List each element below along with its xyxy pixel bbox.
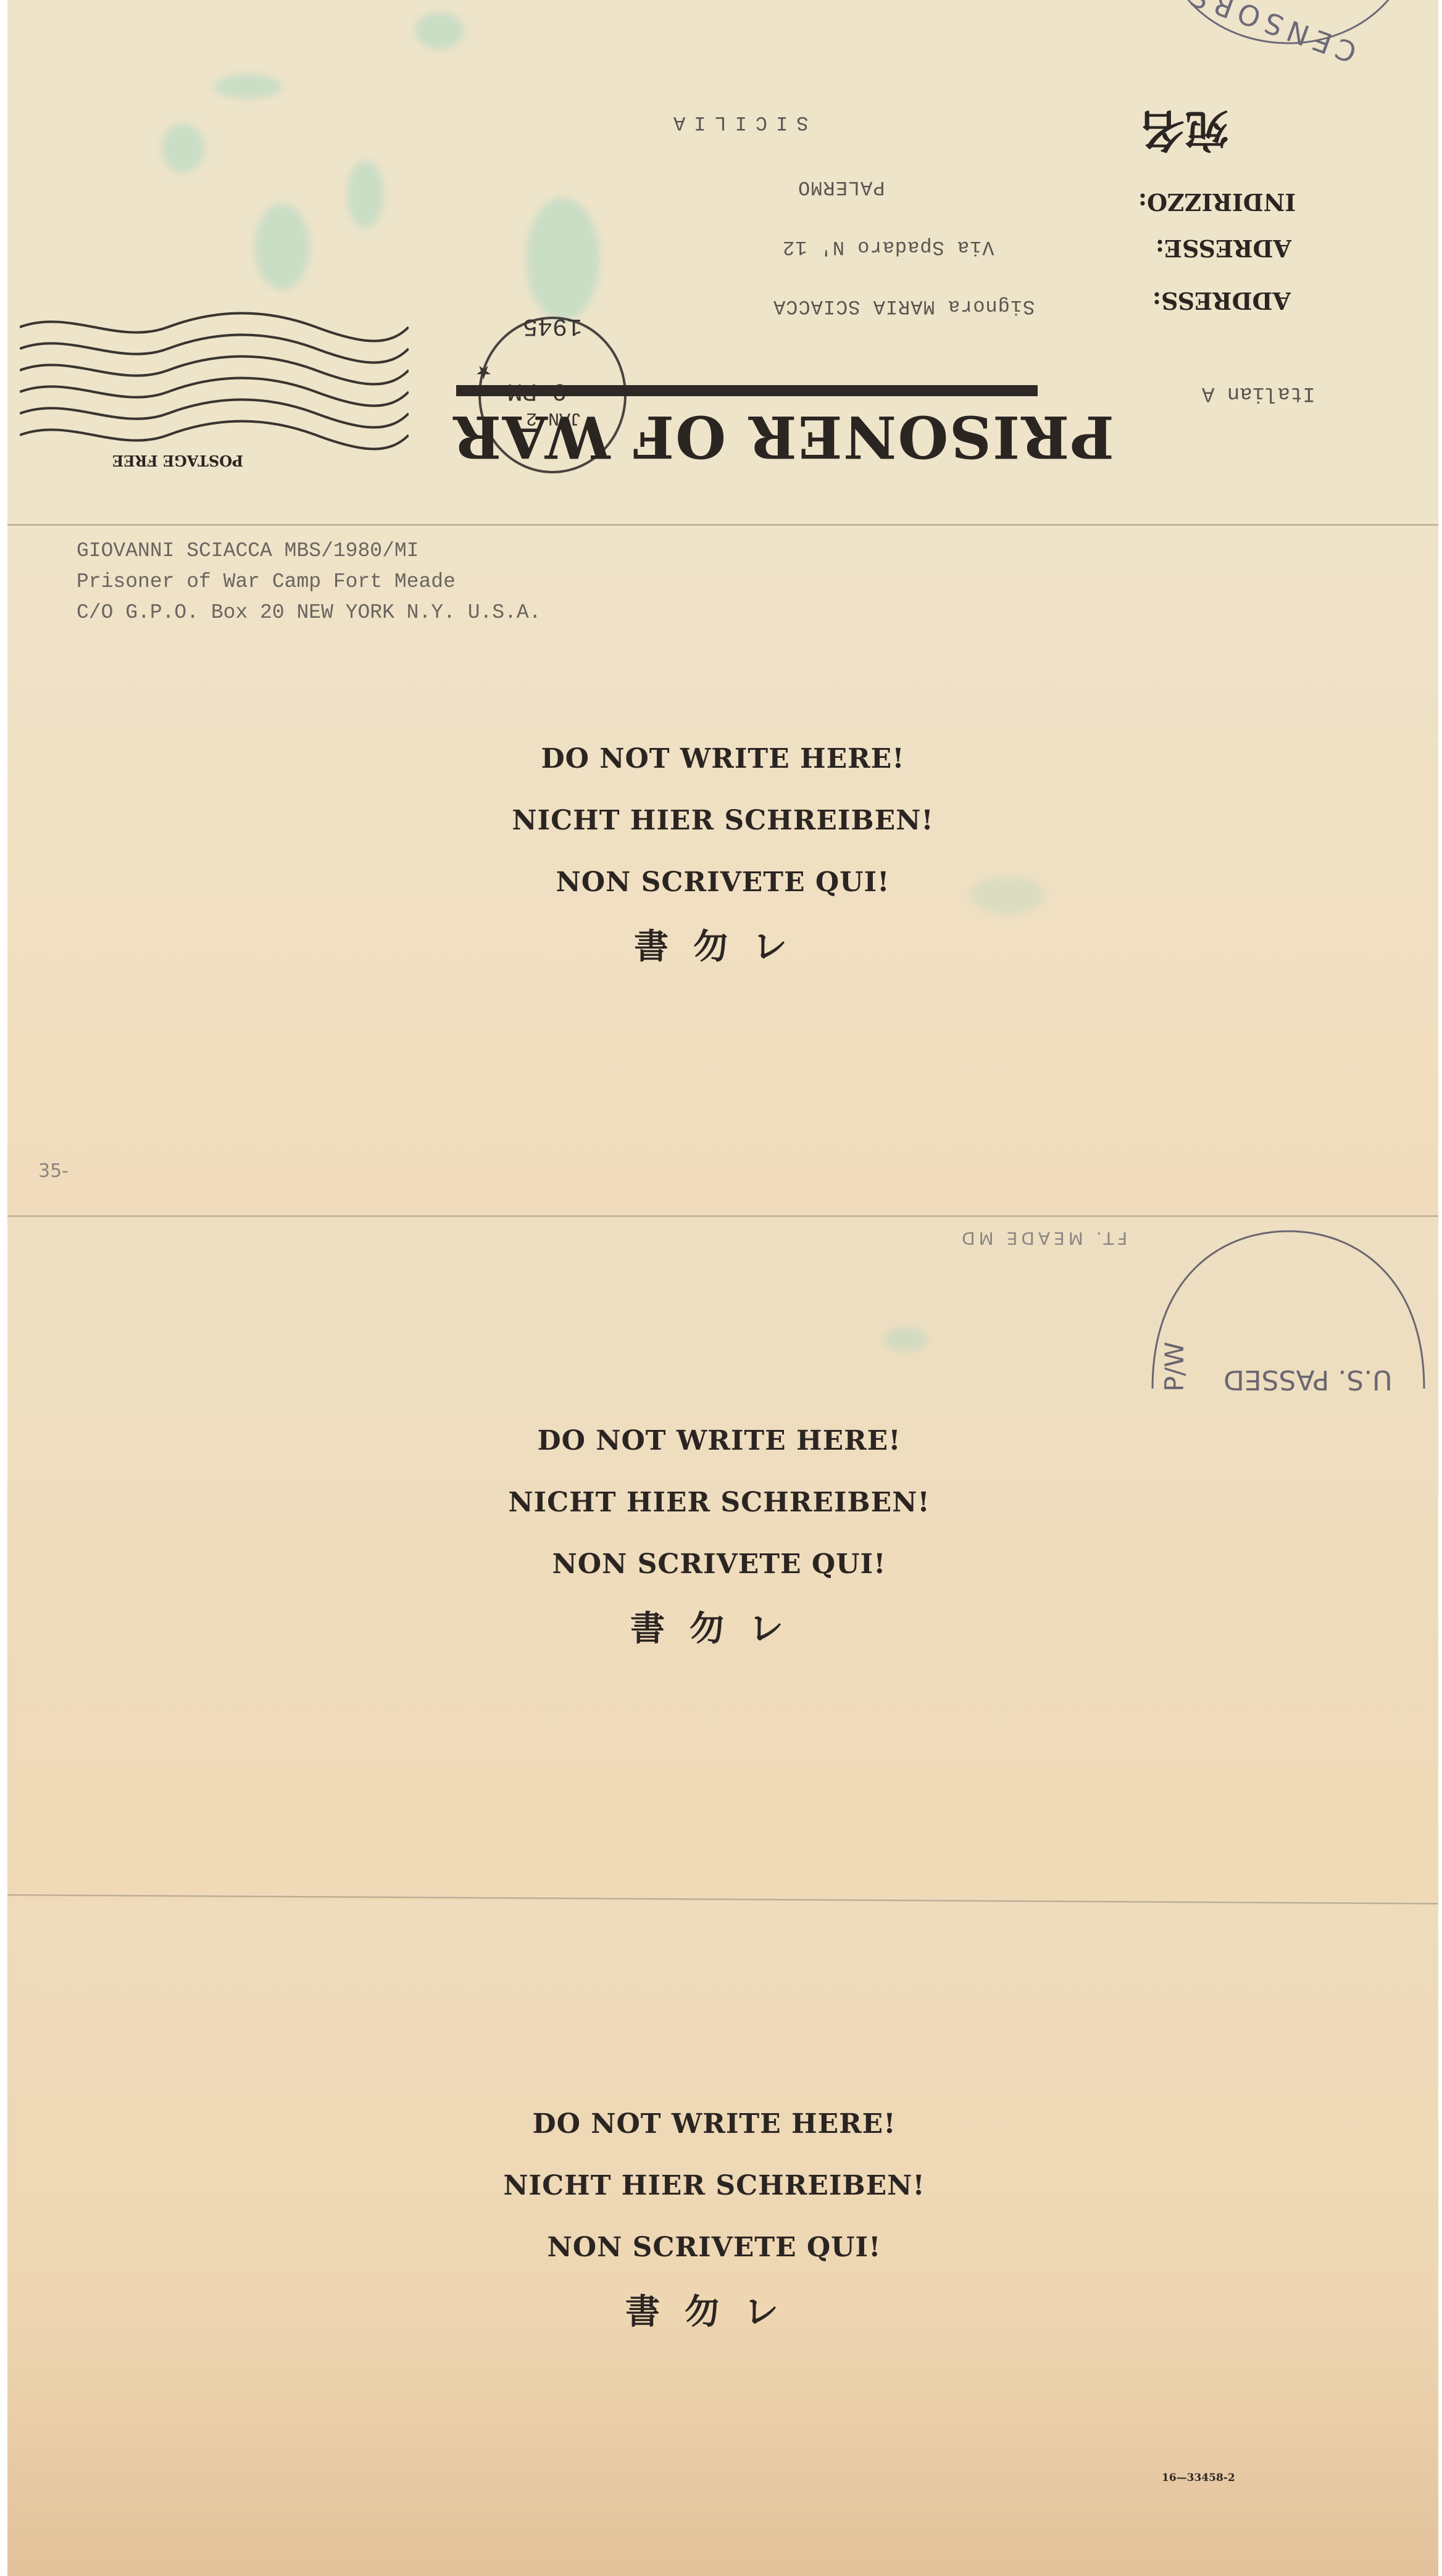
pencil-note: 35-	[38, 1160, 69, 1182]
do-not-write-block: DO NOT WRITE HERE! NICHT HIER SCHREIBEN!…	[0, 2093, 1430, 2346]
address-label-japanese: 宛名	[1140, 102, 1229, 166]
recipient-city: PALERMO	[798, 176, 885, 199]
sender-camp: Prisoner of War Camp Fort Meade	[77, 567, 541, 597]
heading-rule	[456, 385, 1038, 396]
ink-stain	[415, 12, 464, 49]
pow-letter-sheet: POSTAGE FREE 9-PM JAN 2 1945 ★ PRISONER …	[7, 0, 1438, 2576]
ink-stain	[254, 204, 310, 290]
ink-stain	[214, 74, 282, 99]
passed-stamp-code: P/W	[1159, 1342, 1190, 1392]
warning-japanese: 書勿レ	[0, 2279, 1430, 2346]
wavy-cancellation-icon	[20, 302, 409, 463]
ink-stain	[884, 1327, 927, 1352]
sender-po-box: C/O G.P.O. Box 20 NEW YORK N.Y. U.S.A.	[77, 597, 541, 628]
warning-italian: NON SCRIVETE QUI!	[4, 1534, 1435, 1595]
address-label-english: ADDRESS:	[1152, 287, 1291, 315]
warning-english: DO NOT WRITE HERE!	[4, 1410, 1435, 1472]
camp-location-note: FT. MEADE MD	[958, 1228, 1127, 1249]
do-not-write-block: DO NOT WRITE HERE! NICHT HIER SCHREIBEN!…	[7, 728, 1438, 981]
postage-free-label: POSTAGE FREE	[112, 452, 243, 470]
postmark-year: 1945	[523, 312, 582, 339]
warning-english: DO NOT WRITE HERE!	[7, 728, 1438, 790]
postmark-star-icon: ★	[475, 361, 492, 383]
recipient-name: Signora MARIA SCIACCA	[773, 295, 1035, 318]
warning-german: NICHT HIER SCHREIBEN!	[0, 2155, 1430, 2217]
form-number: 16—33458-2	[1162, 2472, 1235, 2484]
address-label-german: ADRESSE:	[1156, 235, 1291, 262]
sender-name: GIOVANNI SCIACCA MBS/1980/MI	[77, 536, 541, 567]
warning-italian: NON SCRIVETE QUI!	[0, 2217, 1430, 2279]
sender-address: GIOVANNI SCIACCA MBS/1980/MI Prisoner of…	[77, 536, 541, 628]
warning-italian: NON SCRIVETE QUI!	[7, 852, 1438, 913]
fold-line	[7, 1215, 1438, 1217]
warning-german: NICHT HIER SCHREIBEN!	[7, 790, 1438, 852]
prisoner-of-war-title: PRISONER OF WAR	[452, 402, 1114, 470]
ink-stain	[347, 160, 384, 228]
recipient-street: Via Spadaro N' 12	[782, 236, 994, 259]
ink-stain	[162, 123, 205, 173]
address-label-italian: INDIRIZZO:	[1138, 188, 1296, 216]
warning-english: DO NOT WRITE HERE!	[0, 2093, 1430, 2155]
fold-line	[7, 523, 1438, 526]
warning-japanese: 書勿レ	[7, 913, 1438, 981]
warning-german: NICHT HIER SCHREIBEN!	[4, 1472, 1435, 1534]
do-not-write-block: DO NOT WRITE HERE! NICHT HIER SCHREIBEN!…	[4, 1410, 1435, 1663]
warning-japanese: 書勿レ	[4, 1595, 1435, 1663]
ink-stain	[526, 197, 600, 321]
recipient-region: SICILIA	[665, 111, 808, 134]
recipient-nationality: Italian A	[1202, 381, 1315, 405]
passed-stamp-text: U.S. PASSED	[1223, 1364, 1392, 1395]
